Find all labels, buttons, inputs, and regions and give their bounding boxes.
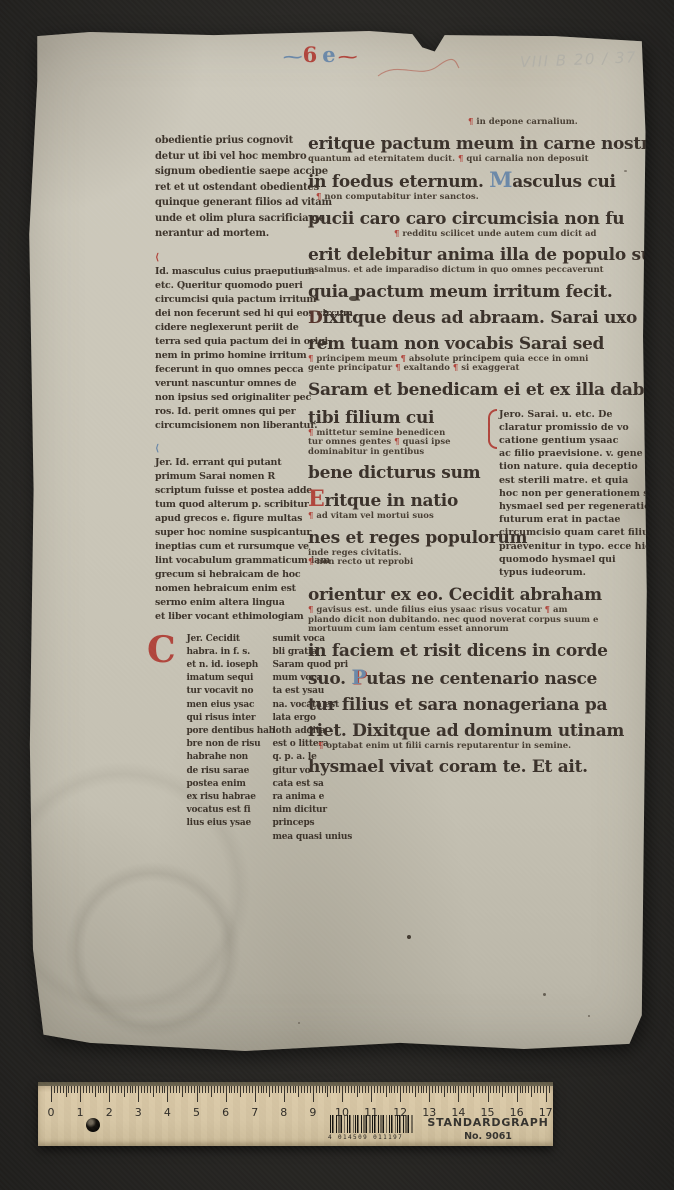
ruler-tick — [170, 1086, 171, 1093]
manuscript-line: et liber vocant ethimologiam — [155, 610, 319, 624]
ruler-tick — [68, 1086, 69, 1093]
manuscript-line: lius eius ysae — [186, 817, 264, 830]
ruler-tick — [319, 1086, 320, 1093]
gloss-text: non computabitur inter sanctos. — [321, 192, 478, 202]
ruler-tick — [421, 1086, 422, 1093]
lemma-line: nes et reges populorum — [308, 528, 476, 548]
lemma-text: hysmael vivat coram te. Et ait. — [308, 757, 588, 777]
gloss-text: mortuum cum iam centum esset annorum — [308, 624, 509, 634]
parchment-leaf-wrap: ~ 6 e ~ VIII B 20 / 37 obedientie prius … — [28, 30, 648, 1051]
ruler-tick — [520, 1086, 521, 1093]
ruler-tick — [482, 1086, 483, 1093]
ruler-tick — [255, 1086, 256, 1102]
ruler-tick — [290, 1086, 291, 1093]
ruler-tick — [205, 1086, 206, 1093]
ruler-number: 6 — [222, 1106, 229, 1119]
ruler-tick — [374, 1086, 375, 1093]
lemma-text: eritque pactum meum in carne nostra — [308, 134, 660, 154]
lemma-line: suo. Putas ne centenario nasce — [308, 667, 654, 689]
manuscript-line: imatum sequi — [186, 672, 264, 685]
brand-model: No. 9061 — [424, 1131, 552, 1143]
ruler-tick — [63, 1086, 64, 1093]
ruler-tick — [237, 1086, 238, 1093]
ruler-tick — [293, 1086, 294, 1093]
ruler-tick — [258, 1086, 259, 1093]
left-para-1: obedientie prius cognovitdetur ut ibi ve… — [155, 133, 319, 242]
ruler-tick — [275, 1086, 276, 1093]
ruler-tick — [173, 1086, 174, 1093]
manuscript-line: ex risu habrae — [186, 791, 264, 804]
ruler-tick — [109, 1086, 110, 1102]
ruler-tick — [234, 1086, 235, 1093]
manuscript-line: unde et olim plura sacrificia ge — [155, 211, 319, 227]
ruler-tick — [229, 1086, 230, 1093]
manuscript-line: obedientie prius cognovit — [155, 133, 319, 149]
ruler-tick — [502, 1086, 503, 1097]
lemma-text: asculus cui — [512, 172, 615, 192]
lemma-text: in foedus eternum. — [308, 172, 489, 192]
ruler-tick — [365, 1086, 366, 1093]
lemma-line: Dixitque deus ad abraam. Sarai uxo — [308, 308, 654, 328]
ink-speck — [543, 993, 546, 996]
ruler-tick — [150, 1086, 151, 1093]
ruler-tick — [71, 1086, 72, 1093]
ruler-tick — [455, 1086, 456, 1093]
ruler-tick — [272, 1086, 273, 1093]
gloss-text: gente principatur — [308, 363, 395, 373]
red-fibre-mark — [376, 54, 460, 82]
lemma-line: pucii caro caro circumcisia non fu — [308, 209, 654, 229]
ruler-tick — [182, 1086, 183, 1097]
ink-speck — [624, 170, 627, 172]
ruler-tick — [304, 1086, 305, 1093]
gloss-text: absolute principem quia ecce in omni — [406, 354, 589, 364]
ink-speck — [646, 457, 653, 460]
ruler-tick — [162, 1086, 163, 1093]
ruler-tick — [316, 1086, 317, 1093]
ruler-tick — [278, 1086, 279, 1093]
ruler-tick — [164, 1086, 165, 1093]
gloss-text: in depone carnalium. — [473, 117, 577, 127]
lemma-line: bene dicturus sum — [308, 463, 476, 483]
commentary-line: hoc non per generationem sed — [499, 487, 666, 500]
ruler-tick — [386, 1086, 387, 1097]
ruler-tick — [121, 1086, 122, 1093]
gloss-text: dominabitur in gentibus — [308, 447, 424, 457]
lemma-text: suo. — [308, 669, 351, 689]
ruler-tick — [336, 1086, 337, 1093]
ruler-tick — [86, 1086, 87, 1093]
ruler-tick — [66, 1086, 67, 1097]
lemma-text: bene dicturus sum — [308, 463, 480, 483]
barcode — [330, 1115, 414, 1133]
ruler-tick — [426, 1086, 427, 1093]
ruler-tick — [406, 1086, 407, 1093]
ruler-tick — [450, 1086, 451, 1093]
ruler-tick — [115, 1086, 116, 1093]
ruler-tick — [525, 1086, 526, 1093]
ruler-tick — [243, 1086, 244, 1093]
ruler-tick — [106, 1086, 107, 1093]
ruler-tick — [325, 1086, 326, 1093]
ink-speck — [407, 935, 411, 939]
ruler-tick — [415, 1086, 416, 1097]
ruler-tick — [240, 1086, 241, 1097]
gloss-text: mittetur semine benedicen — [313, 428, 445, 438]
manuscript-line: Id. masculus cuius praeputium — [155, 265, 319, 279]
ruler-tick — [118, 1086, 119, 1093]
ruler-number: 2 — [106, 1106, 113, 1119]
left-text-column: obedientie prius cognovitdetur ut ibi ve… — [155, 133, 319, 853]
ruler-tick — [176, 1086, 177, 1093]
commentary-line: catione gentium ysaac — [499, 434, 666, 447]
commentary-line: hysmael sed per regenerationis — [499, 500, 666, 513]
ruler-tick — [453, 1086, 454, 1093]
ruler-tick — [220, 1086, 221, 1093]
manuscript-line: verunt nascuntur omnes de — [155, 377, 319, 391]
ruler-tick — [51, 1086, 52, 1102]
ruler-tick — [383, 1086, 384, 1093]
initial-letter: ⟨ — [155, 252, 159, 263]
commentary-line: tion nature. quia deceptio — [499, 460, 666, 473]
lemma-text: orientur ex eo. Cecidit abraham — [308, 585, 602, 605]
ruler-tick — [214, 1086, 215, 1093]
gloss-line: mortuum cum iam centum esset annorum — [308, 625, 654, 635]
manuscript-line: pore dentibus hab — [186, 725, 264, 738]
ruler-tick — [54, 1086, 55, 1093]
manuscript-line: men eius ysac — [186, 699, 264, 712]
ruler-hanging-hole — [86, 1118, 100, 1132]
ruler-tick — [313, 1086, 314, 1102]
gloss-line: ¶ in depone carnalium. — [468, 118, 654, 128]
lemma-text: tibi filium cui — [308, 408, 434, 428]
manuscript-line: primum Sarai nomen R — [155, 470, 319, 484]
manuscript-line: ret et ut ostendant obedientes — [155, 180, 319, 196]
ruler-tick — [179, 1086, 180, 1093]
ruler-tick — [261, 1086, 262, 1093]
gloss-line: psalmus. et ade imparadiso dictum in quo… — [308, 266, 654, 276]
ruler-tick — [432, 1086, 433, 1093]
ruler-tick — [263, 1086, 264, 1093]
ruler-tick — [167, 1086, 168, 1102]
manuscript-line: Jer. Cecidit — [186, 633, 264, 646]
right-text-column: ¶ in depone carnalium.eritque pactum meu… — [308, 118, 654, 778]
ruler-tick — [423, 1086, 424, 1093]
manuscript-line: postea enim — [186, 778, 264, 791]
photo-stage: ~ 6 e ~ VIII B 20 / 37 obedientie prius … — [0, 0, 674, 1190]
ruler-tick — [98, 1086, 99, 1093]
ruler-tick — [531, 1086, 532, 1097]
ruler-tick — [522, 1086, 523, 1093]
ruler-tick — [295, 1086, 296, 1093]
gloss-text: plando dicit non dubitando. nec quod nov… — [308, 615, 598, 625]
lemma-text: rem tuam non vocabis Sarai sed — [308, 334, 604, 354]
ruler-number: 5 — [193, 1106, 200, 1119]
lemma-text: riet. Dixitque ad dominum utinam — [308, 721, 624, 741]
gloss-text: non recto ut reprobi — [313, 557, 413, 567]
ruler-tick — [138, 1086, 139, 1102]
manuscript-line: detur ut ibi vel hoc membro — [155, 149, 319, 165]
red-bracket-initial — [488, 409, 497, 449]
gloss-text: optabat enim ut filii carnis reputarentu… — [323, 741, 571, 751]
manuscript-line: lint vocabulum grammaticum iam — [155, 554, 319, 568]
manuscript-line: signum obedientie saepe accipe — [155, 164, 319, 180]
lemma-text: erit delebitur anima illa de populo suo — [308, 245, 664, 265]
manuscript-line: de risu sarae — [186, 765, 264, 778]
split-left-column: tibi filium cui¶ mittetur semine benedic… — [308, 402, 476, 580]
brand-name: STANDARDGRAPH — [424, 1116, 552, 1129]
quire-letter-2: e — [322, 44, 335, 66]
ruler-tick — [514, 1086, 515, 1093]
ruler-tick — [226, 1086, 227, 1102]
gloss-line: dominabitur in gentibus — [308, 448, 476, 458]
ruler-tick — [199, 1086, 200, 1093]
lemma-line: hysmael vivat coram te. Et ait. — [308, 757, 654, 777]
ruler-tick — [249, 1086, 250, 1093]
ruler-tick — [211, 1086, 212, 1097]
ruler-tick — [330, 1086, 331, 1093]
ruler-tick — [281, 1086, 282, 1093]
ruler-tick — [496, 1086, 497, 1093]
lemma-line: riet. Dixitque ad dominum utinam — [308, 721, 654, 741]
ruler-tick — [103, 1086, 104, 1093]
ruler-tick — [333, 1086, 334, 1093]
ruler-tick — [435, 1086, 436, 1093]
manuscript-line: ineptias cum et rursumque ve — [155, 540, 319, 554]
manuscript-line: super hoc nomine suspicantur — [155, 526, 319, 540]
ruler-tick — [357, 1086, 358, 1097]
ruler-tick — [511, 1086, 512, 1093]
manuscript-line: nem in primo homine irritum — [155, 349, 319, 363]
gloss-line: ¶ redditu scilicet unde autem cum dicit … — [394, 230, 654, 240]
manuscript-line: vocatus est fi — [186, 804, 264, 817]
manuscript-line: ra anima e — [272, 791, 350, 804]
ruler-tick — [266, 1086, 267, 1093]
lemma-text: tur filius et sara nonageriana pa — [308, 695, 607, 715]
gloss-line: ¶ non computabitur inter sanctos. — [316, 193, 654, 203]
ruler-number: 7 — [251, 1106, 258, 1119]
lemma-text: ixitque deus ad abraam. Sarai uxo — [322, 308, 637, 328]
ruler-tick — [83, 1086, 84, 1093]
quire-letter-1: 6 — [303, 44, 318, 66]
left-subcolumn: Jer. Cecidithabra. in f. s.et n. id. ios… — [186, 633, 264, 844]
initial-letter: P — [351, 665, 366, 689]
manuscript-line: Jer. Id. errant qui putant — [155, 456, 319, 470]
gloss-text: quasi ipse — [400, 437, 451, 447]
lemma-line: Saram et benedicam ei et ex illa dabo — [308, 380, 654, 400]
ruler-tick — [441, 1086, 442, 1093]
ruler-tick — [322, 1086, 323, 1093]
ruler-number: 1 — [77, 1106, 84, 1119]
commentary-line: est sterili matre. et quia — [499, 474, 666, 487]
manuscript-line: quinque generant filios ad vitam — [155, 195, 319, 211]
commentary-line: ac filio praevisione. v. gene — [499, 447, 666, 460]
initial-letter: D — [308, 308, 322, 328]
ruler-tick — [470, 1086, 471, 1093]
gloss-text: psalmus. et ade imparadiso dictum in quo… — [308, 265, 604, 275]
ruler-tick — [464, 1086, 465, 1093]
parchment-leaf: ~ 6 e ~ VIII B 20 / 37 obedientie prius … — [28, 30, 648, 1051]
lemma-line: in foedus eternum. Masculus cui — [308, 170, 654, 192]
ruler-ticks — [38, 1086, 553, 1108]
ruler-tick — [231, 1086, 232, 1093]
manuscript-line: cidere neglexerunt periit de — [155, 321, 319, 335]
quire-flourish-left: ~ — [281, 48, 303, 66]
commentary-line: quomodo hysmael qui — [499, 553, 666, 566]
ruler-tick — [400, 1086, 401, 1102]
ruler-tick — [327, 1086, 328, 1097]
ruler-number: 9 — [309, 1106, 316, 1119]
lemma-text: utas ne centenario nasce — [366, 669, 597, 689]
ruler-tick — [438, 1086, 439, 1093]
ruler-number: 0 — [48, 1106, 55, 1119]
ruler-tick — [505, 1086, 506, 1093]
manuscript-line: grecum si hebraicam de hoc — [155, 568, 319, 582]
gloss-text: quantum ad eternitatem ducit. — [308, 154, 458, 164]
manuscript-line: circumcisi quia pactum irritum — [155, 293, 319, 307]
gloss-line: ¶ non recto ut reprobi — [308, 558, 476, 568]
lemma-text: Saram et benedicam ei et ex illa dabo — [308, 380, 655, 400]
lemma-line: quia pactum meum irritum fecit. — [308, 282, 654, 302]
manuscript-line: tur vocavit no — [186, 685, 264, 698]
ruler-tick — [342, 1086, 343, 1102]
left-para-4: CJer. Cecidithabra. in f. s.et n. id. io… — [155, 633, 319, 844]
ruler-tick — [135, 1086, 136, 1093]
ruler-tick — [156, 1086, 157, 1093]
split-row: tibi filium cui¶ mittetur semine benedic… — [308, 402, 654, 580]
ruler-tick — [60, 1086, 61, 1093]
ruler-tick — [301, 1086, 302, 1093]
gloss-text: gavisus est. unde filius eius ysaac risu… — [313, 605, 544, 615]
ruler-tick — [217, 1086, 218, 1093]
manuscript-line: terra sed quia pactum dei in origi — [155, 335, 319, 349]
ruler-tick — [57, 1086, 58, 1093]
lemma-line: rem tuam non vocabis Sarai sed — [308, 334, 654, 354]
manuscript-line: mea quasi unius — [272, 831, 350, 844]
ruler-tick — [185, 1086, 186, 1093]
ruler-tick — [458, 1086, 459, 1102]
lemma-text: pucii caro caro circumcisia non fu — [308, 209, 624, 229]
gloss-text: am — [550, 605, 567, 615]
ruler-tick — [394, 1086, 395, 1093]
gloss-text: si exaggerat — [458, 363, 519, 373]
ruler-tick — [517, 1086, 518, 1102]
manuscript-line: nim dicitur — [272, 804, 350, 817]
gloss-text: qui carnalia non deposuit — [463, 154, 588, 164]
commentary-line: Jero. Sarai. u. etc. De — [499, 408, 666, 421]
ruler-tick — [473, 1086, 474, 1097]
ruler-tick — [537, 1086, 538, 1093]
ruler-tick — [159, 1086, 160, 1093]
ruler-tick — [546, 1086, 547, 1102]
lemma-line: eritque pactum meum in carne nostra — [308, 134, 654, 154]
initial-letter: M — [489, 167, 512, 192]
ruler-tick — [543, 1086, 544, 1093]
gloss-text: redditu scilicet unde autem cum dicit ad — [399, 229, 596, 239]
ruler-tick — [141, 1086, 142, 1093]
ink-speck — [298, 1022, 300, 1024]
ruler-tick — [208, 1086, 209, 1093]
ruler-brand: STANDARDGRAPH No. 9061 — [424, 1116, 552, 1143]
ruler-tick — [127, 1086, 128, 1093]
ruler-tick — [95, 1086, 96, 1097]
ruler-tick — [130, 1086, 131, 1093]
commentary-line: circumcisio quam caret filius — [499, 526, 666, 539]
gloss-text: tur omnes gentes — [308, 437, 394, 447]
ruler-tick — [351, 1086, 352, 1093]
ruler-tick — [307, 1086, 308, 1093]
lemma-line: tibi filium cui — [308, 408, 476, 428]
ruler-tick — [461, 1086, 462, 1093]
ruler-tick — [528, 1086, 529, 1093]
ruler-tick — [287, 1086, 288, 1093]
ruler-tick — [397, 1086, 398, 1093]
shelfmark: VIII B 20 / 37 — [520, 47, 671, 72]
ink-speck — [349, 296, 358, 301]
ruler-tick — [508, 1086, 509, 1093]
ruler: 01234567891011121314151617 4 014509 0111… — [38, 1082, 553, 1146]
ruler-tick — [479, 1086, 480, 1093]
ruler-tick — [348, 1086, 349, 1093]
ruler-tick — [112, 1086, 113, 1093]
ruler-tick — [476, 1086, 477, 1093]
lemma-line: orientur ex eo. Cecidit abraham — [308, 585, 654, 605]
ruler-tick — [147, 1086, 148, 1093]
ruler-tick — [223, 1086, 224, 1093]
ruler-tick — [92, 1086, 93, 1093]
lemma-line: Eritque in natio — [308, 489, 476, 511]
manuscript-line: habra. in f. s. — [186, 646, 264, 659]
manuscript-line: qui risus inter — [186, 712, 264, 725]
barcode-digits: 4 014509 011197 — [328, 1134, 418, 1141]
manuscript-line: scriptum fuisse et postea adde — [155, 484, 319, 498]
ruler-tick — [284, 1086, 285, 1102]
ruler-tick — [485, 1086, 486, 1093]
gloss-text: inde reges civitatis. — [308, 548, 402, 558]
ruler-tick — [490, 1086, 491, 1093]
manuscript-line: habrahe non — [186, 751, 264, 764]
ruler-tick — [246, 1086, 247, 1093]
ruler-tick — [310, 1086, 311, 1093]
ruler-tick — [153, 1086, 154, 1097]
manuscript-line: sermo enim altera lingua — [155, 596, 319, 610]
commentary-block: Jero. Sarai. u. etc. Declaratur promissi… — [488, 408, 666, 580]
commentary-line: claratur promissio de vo — [499, 421, 666, 434]
gloss-line: ¶ optabat enim ut filii carnis reputaren… — [318, 742, 654, 752]
ruler-tick — [269, 1086, 270, 1097]
gloss-text: exaltando — [400, 363, 452, 373]
ruler-tick — [403, 1086, 404, 1093]
ruler-tick — [144, 1086, 145, 1093]
ink-speck — [588, 1015, 590, 1017]
manuscript-line: ros. Id. perit omnes qui per — [155, 405, 319, 419]
lemma-line: erit delebitur anima illa de populo suo — [308, 245, 654, 265]
manuscript-line: bre non de risu — [186, 738, 264, 751]
ruler-tick — [191, 1086, 192, 1093]
ruler-tick — [418, 1086, 419, 1093]
ruler-tick — [252, 1086, 253, 1093]
ruler-number: 4 — [164, 1106, 171, 1119]
quire-flourish-right: ~ — [335, 48, 357, 66]
ruler-tick — [354, 1086, 355, 1093]
ruler-tick — [197, 1086, 198, 1102]
ruler-tick — [368, 1086, 369, 1093]
ruler-tick — [124, 1086, 125, 1097]
manuscript-line: dei non fecerunt sed hi qui eos circum — [155, 307, 319, 321]
lemma-text: ritque in natio — [324, 491, 458, 511]
manuscript-line: etc. Queritur quomodo pueri — [155, 279, 319, 293]
ruler-tick — [488, 1086, 489, 1102]
